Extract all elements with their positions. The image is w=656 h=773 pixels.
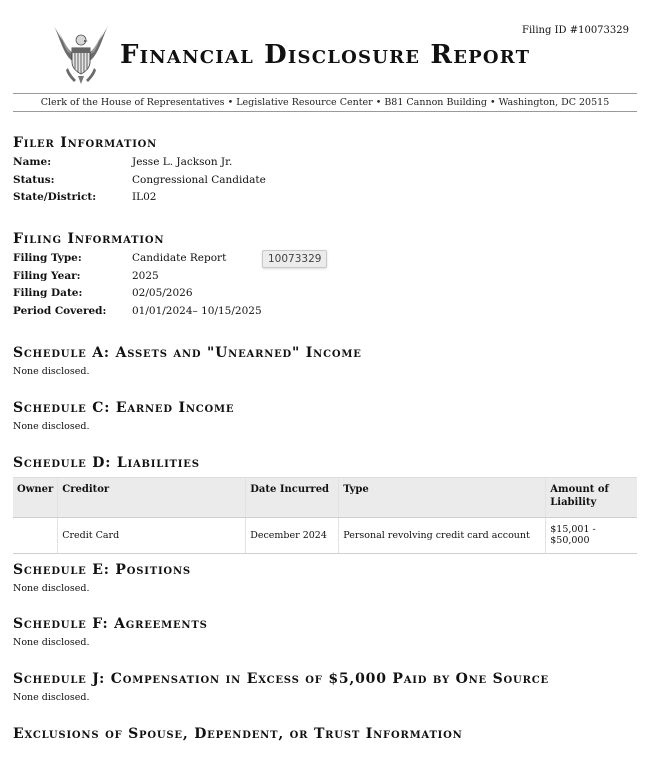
filing-information-section: Filing Information Filing Type: Candidat… bbox=[13, 231, 262, 320]
filing-id: Filing ID #10073329 bbox=[522, 25, 629, 36]
section-heading: Filing Information bbox=[13, 231, 262, 247]
schedule-f-section: Schedule F: Agreements None disclosed. bbox=[13, 616, 208, 649]
field-label: Filing Type: bbox=[13, 250, 132, 268]
cell-date-incurred: December 2024 bbox=[246, 518, 339, 554]
cell-type: Personal revolving credit card account bbox=[339, 518, 546, 554]
field-label: Status: bbox=[13, 172, 132, 190]
none-disclosed-text: None disclosed. bbox=[13, 691, 549, 704]
section-heading: Schedule J: Compensation in Excess of $5… bbox=[13, 671, 549, 687]
column-header-owner: Owner bbox=[13, 478, 58, 518]
filer-status-value: Congressional Candidate bbox=[132, 172, 266, 190]
filer-fields: Name: Jesse L. Jackson Jr. Status: Congr… bbox=[13, 154, 266, 207]
column-header-type: Type bbox=[339, 478, 546, 518]
field-label: Period Covered: bbox=[13, 303, 132, 321]
schedule-j-section: Schedule J: Compensation in Excess of $5… bbox=[13, 671, 549, 704]
filer-name-value: Jesse L. Jackson Jr. bbox=[132, 154, 266, 172]
filing-id-tooltip: 10073329 bbox=[262, 250, 327, 268]
field-label: State/District: bbox=[13, 189, 132, 207]
section-heading: Schedule C: Earned Income bbox=[13, 400, 234, 416]
none-disclosed-text: None disclosed. bbox=[13, 365, 362, 378]
section-heading: Exclusions of Spouse, Dependent, or Trus… bbox=[13, 726, 463, 742]
none-disclosed-text: None disclosed. bbox=[13, 582, 191, 595]
field-label: Filing Date: bbox=[13, 285, 132, 303]
filer-district-value: IL02 bbox=[132, 189, 266, 207]
section-heading: Schedule A: Assets and "Unearned" Income bbox=[13, 345, 362, 361]
section-heading: Filer Information bbox=[13, 135, 266, 151]
page-title: Financial Disclosure Report bbox=[120, 40, 530, 70]
section-heading: Schedule F: Agreements bbox=[13, 616, 208, 632]
report-header: Filing ID #10073329 Financial Disclosure… bbox=[13, 0, 637, 92]
schedule-a-section: Schedule A: Assets and "Unearned" Income… bbox=[13, 345, 362, 378]
table-header-row: Owner Creditor Date Incurred Type Amount… bbox=[13, 478, 637, 518]
none-disclosed-text: None disclosed. bbox=[13, 636, 208, 649]
none-disclosed-text: None disclosed. bbox=[13, 420, 234, 433]
liabilities-table: Owner Creditor Date Incurred Type Amount… bbox=[13, 477, 637, 554]
filing-date-value: 02/05/2026 bbox=[132, 285, 262, 303]
filing-fields: Filing Type: Candidate Report Filing Yea… bbox=[13, 250, 262, 320]
table-row: Credit Card December 2024 Personal revol… bbox=[13, 518, 637, 554]
column-header-amount-label: Amount of Liability bbox=[550, 484, 630, 509]
schedule-e-section: Schedule E: Positions None disclosed. bbox=[13, 562, 191, 595]
filing-year-value: 2025 bbox=[132, 268, 262, 286]
period-covered-value: 01/01/2024– 10/15/2025 bbox=[132, 303, 262, 321]
disclosure-report-page: Filing ID #10073329 Financial Disclosure… bbox=[13, 0, 637, 112]
schedule-d-section: Schedule D: Liabilities Owner Creditor D… bbox=[13, 455, 637, 554]
section-heading: Schedule D: Liabilities bbox=[13, 455, 637, 471]
schedule-c-section: Schedule C: Earned Income None disclosed… bbox=[13, 400, 234, 433]
column-header-amount: Amount of Liability bbox=[546, 478, 637, 518]
section-heading: Schedule E: Positions bbox=[13, 562, 191, 578]
cell-owner bbox=[13, 518, 58, 554]
exclusions-section: Exclusions of Spouse, Dependent, or Trus… bbox=[13, 726, 463, 742]
field-label: Filing Year: bbox=[13, 268, 132, 286]
column-header-date-incurred: Date Incurred bbox=[246, 478, 339, 518]
filing-type-value: Candidate Report bbox=[132, 250, 262, 268]
filer-information-section: Filer Information Name: Jesse L. Jackson… bbox=[13, 135, 266, 207]
cell-amount: $15,001 - $50,000 bbox=[546, 518, 637, 554]
column-header-creditor: Creditor bbox=[58, 478, 246, 518]
cell-creditor: Credit Card bbox=[58, 518, 246, 554]
field-label: Name: bbox=[13, 154, 132, 172]
clerk-address-line: Clerk of the House of Representatives • … bbox=[13, 93, 637, 112]
eagle-seal-icon bbox=[50, 24, 112, 84]
